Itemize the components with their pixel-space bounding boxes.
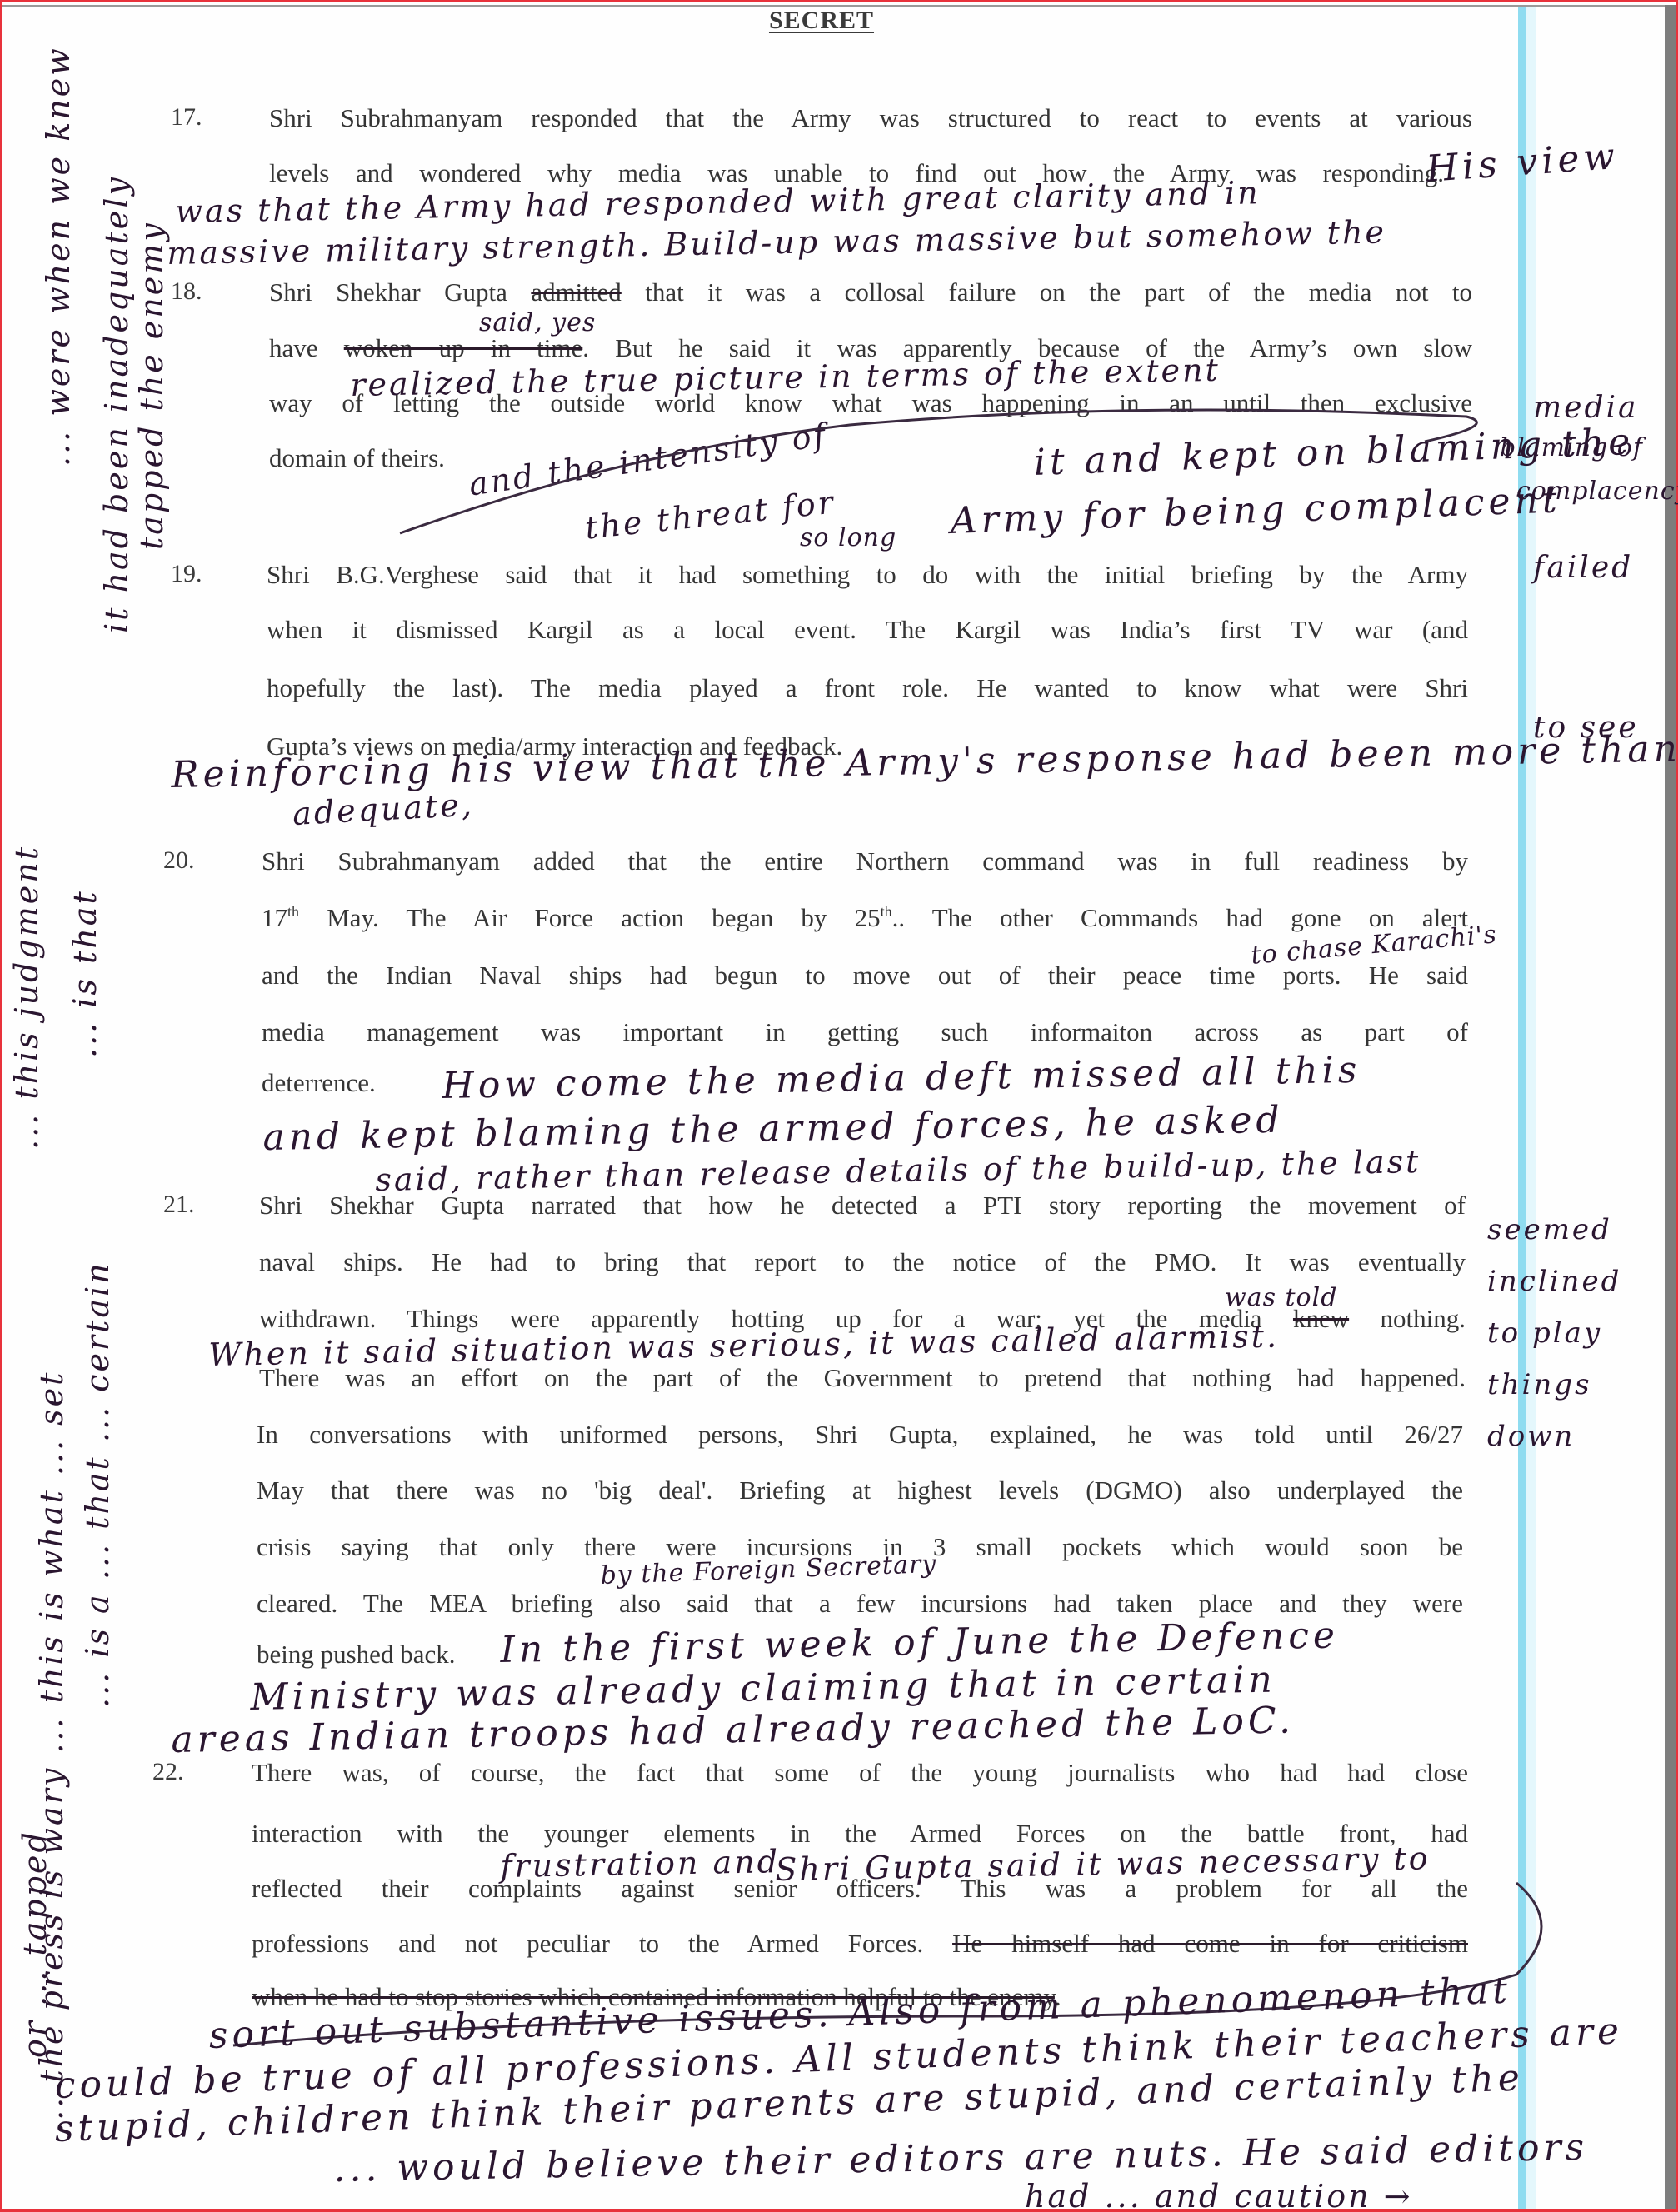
handwritten-note: had ... and caution →: [1025, 2178, 1413, 2212]
paragraph-number: 18.: [171, 277, 202, 306]
paragraph-19-line-2: when it dismissed Kargil as a local even…: [267, 615, 1468, 645]
handwritten-margin-note-left: ... is that: [67, 889, 103, 1058]
handwritten-margin-note-right: media failed to see: [1533, 275, 1639, 861]
handwritten-margin-note-left: ... this judgment: [8, 845, 45, 1150]
handwritten-note: His view: [1425, 135, 1621, 191]
paragraph-number: 21.: [163, 1191, 195, 1219]
paragraph-22-line-1: There was, of course, the fact that some…: [252, 1758, 1468, 1788]
handwritten-margin-note-left: or ... tapped: [17, 1830, 53, 2058]
paragraph-20-line-1: Shri Subrahmanyam added that the entire …: [262, 846, 1468, 876]
ink-arrow-curve: [383, 400, 1550, 542]
handwritten-note: said, yes: [479, 308, 596, 337]
paragraph-17-line-1: Shri Subrahmanyam responded that the Arm…: [269, 103, 1472, 133]
handwritten-margin-note-right: seemed inclined to play things down: [1487, 1204, 1621, 1462]
handwritten-note: was told: [1225, 1283, 1337, 1312]
paragraph-21-line-2: naval ships. He had to bring that report…: [259, 1247, 1466, 1277]
struck-text: woken up in time: [344, 333, 583, 362]
paragraph-number: 19.: [171, 560, 202, 588]
viewer-scrollbar-gutter[interactable]: [1665, 5, 1676, 2209]
viewer-border-bottom: [0, 2209, 1678, 2212]
paragraph-19-line-1: Shri B.G.Verghese said that it had somet…: [267, 560, 1468, 590]
paragraph-19-line-3: hopefully the last). The media played a …: [267, 673, 1468, 703]
paragraph-20-line-4: media management was important in gettin…: [262, 1017, 1468, 1047]
paragraph-21-line-8: cleared. The MEA briefing also said that…: [257, 1589, 1463, 1619]
handwritten-margin-note-left: tapped the enemy: [133, 221, 170, 550]
paragraph-18-line-1: Shri Shekhar Gupta admitted that it was …: [269, 277, 1472, 307]
scanned-document-page: SECRET 17. Shri Subrahmanyam responded t…: [0, 0, 1678, 2212]
viewer-border-left: [0, 0, 2, 2212]
paragraph-21-line-5: In conversations with uniformed persons,…: [257, 1420, 1463, 1450]
paragraph-number: 20.: [163, 846, 195, 875]
handwritten-margin-note-left: ... is a ... that ... certain: [79, 1261, 116, 1708]
viewer-border-top: [0, 0, 1678, 2]
paragraph-number: 22.: [152, 1758, 184, 1786]
paragraph-20-line-2: 17th May. The Air Force action began by …: [262, 903, 1468, 933]
handwritten-note: How come the media deft missed all this: [442, 1049, 1361, 1107]
paragraph-number: 17.: [171, 103, 202, 132]
struck-text: admitted: [531, 277, 621, 307]
handwritten-margin-note-left: ... were when we knew: [40, 46, 77, 467]
classification-header: SECRET: [765, 7, 878, 35]
handwritten-margin-note-left: it had been inadequately: [98, 175, 135, 633]
paragraph-21-line-6: May that there was no 'big deal'. Briefi…: [257, 1475, 1463, 1505]
